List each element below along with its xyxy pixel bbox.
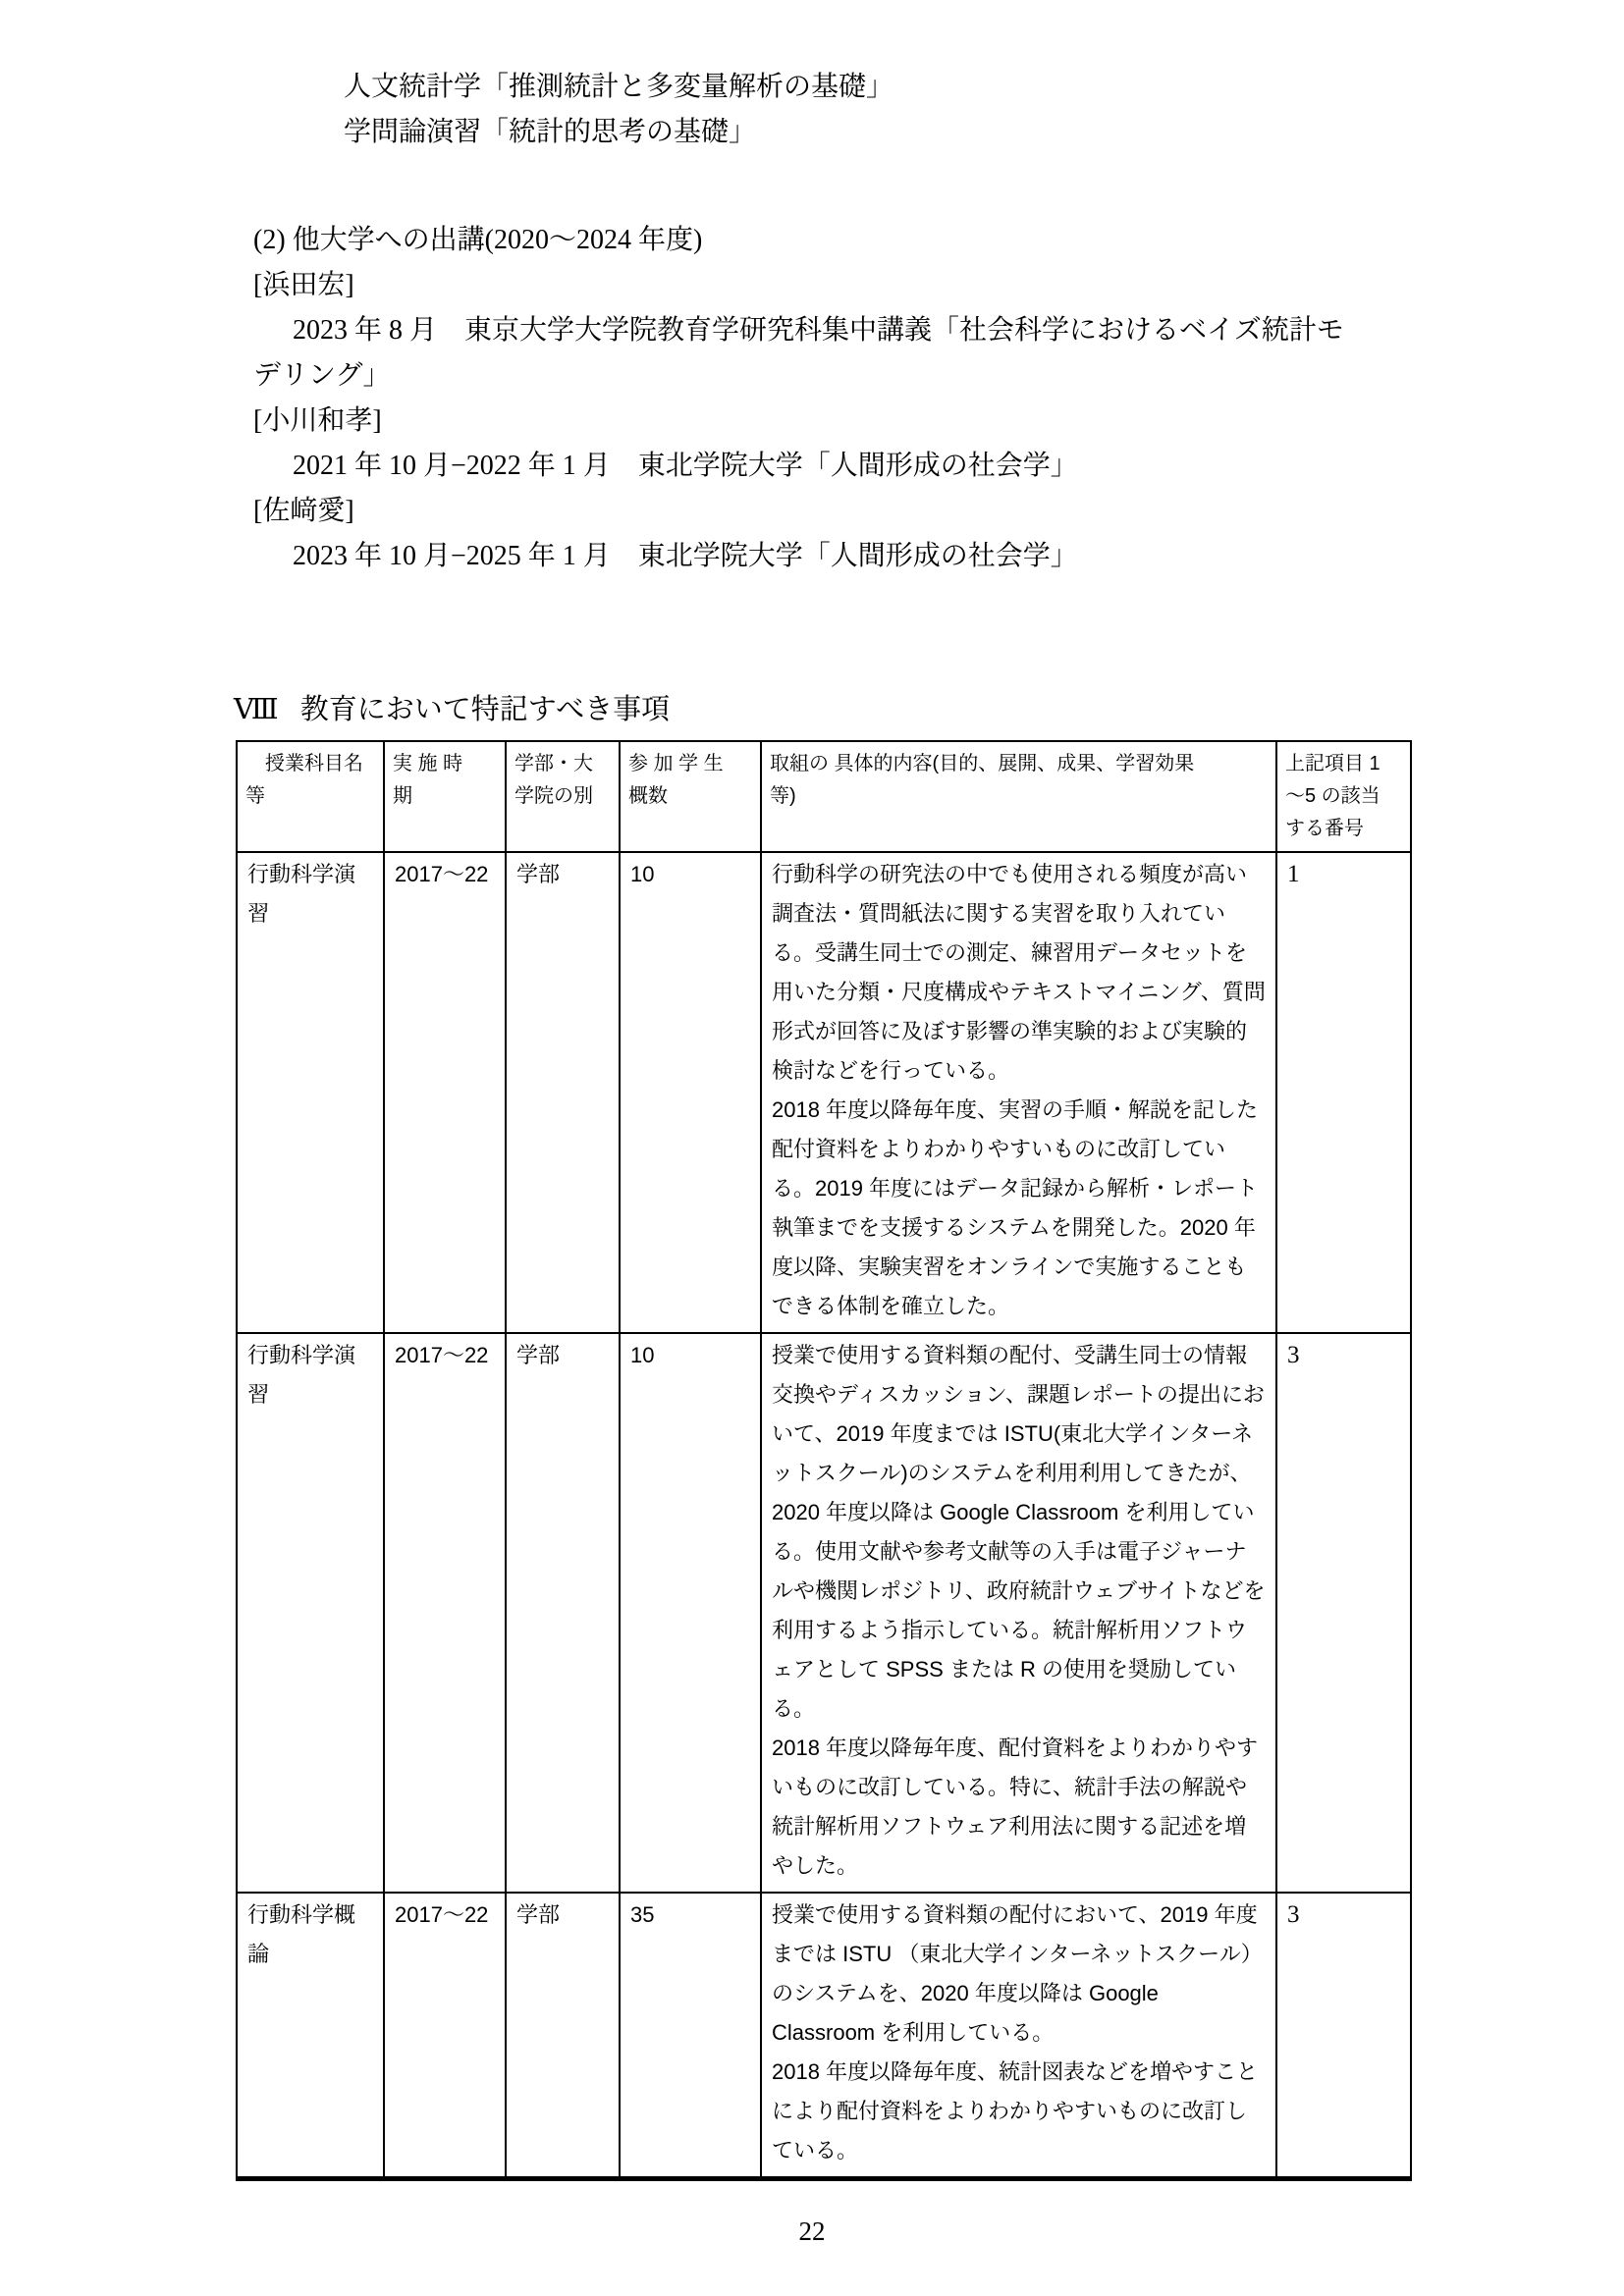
cell-period: 2017〜22	[384, 1333, 506, 1893]
section-heading: Ⅷ教育において特記すべき事項	[234, 689, 1624, 730]
cell-item-number: 1	[1276, 852, 1411, 1333]
lecturer-name-1: [浜田宏]	[253, 263, 1624, 308]
col-header-subject: 授業科目名 等	[237, 741, 384, 852]
table-row: 行動科学演習 2017〜22 学部 10 授業で使用する資料類の配付、受講生同士…	[237, 1333, 1411, 1893]
table-header-row: 授業科目名 等 実 施 時 期 学部・大 学院の別 参 加 学 生 概数 取組の…	[237, 741, 1411, 852]
intro-section: 人文統計学「推測統計と多変量解析の基礎」 学問論演習「統計的思考の基礎」 (2)…	[253, 65, 1624, 579]
lecturer-name-2: [小川和孝]	[253, 399, 1624, 444]
lecturer-name-3: [佐﨑愛]	[253, 489, 1624, 534]
lecture-entry-1-continuation: デリング」	[253, 353, 1624, 399]
cell-item-number: 3	[1276, 1333, 1411, 1893]
col-header-students: 参 加 学 生 概数	[620, 741, 761, 852]
cell-item-number: 3	[1276, 1893, 1411, 2179]
cell-period: 2017〜22	[384, 1893, 506, 2179]
col-header-level: 学部・大 学院の別	[506, 741, 620, 852]
cell-students: 35	[620, 1893, 761, 2179]
subsection-heading: (2) 他大学への出講(2020〜2024 年度)	[253, 218, 1624, 263]
content-paragraph: 授業で使用する資料類の配付において、2019 年度までは ISTU （東北大学イ…	[772, 1896, 1266, 2053]
cell-subject: 行動科学概論	[237, 1893, 384, 2179]
cell-level: 学部	[506, 1333, 620, 1893]
content-paragraph: 行動科学の研究法の中でも使用される頻度が高い調査法・質問紙法に関する実習を取り入…	[772, 855, 1266, 1091]
content-paragraph: 2018 年度以降毎年度、統計図表などを増やすことにより配付資料をよりわかりやす…	[772, 2053, 1266, 2170]
lecture-entry-2: 2021 年 10 月−2022 年 1 月 東北学院大学「人間形成の社会学」	[293, 444, 1624, 489]
lecture-entry-1: 2023 年 8 月 東京大学大学院教育学研究科集中講義「社会科学におけるベイズ…	[293, 308, 1624, 353]
cell-period: 2017〜22	[384, 852, 506, 1333]
intro-line-course-2: 学問論演習「統計的思考の基礎」	[344, 110, 1624, 155]
table-row: 行動科学演習 2017〜22 学部 10 行動科学の研究法の中でも使用される頻度…	[237, 852, 1411, 1333]
section-title-text: 教育において特記すべき事項	[279, 694, 670, 725]
page-number: 22	[0, 2216, 1624, 2247]
content-paragraph: 2018 年度以降毎年度、配付資料をよりわかりやすいものに改訂している。特に、統…	[772, 1729, 1266, 1886]
section-numeral: Ⅷ	[234, 694, 279, 725]
cell-students: 10	[620, 852, 761, 1333]
intro-line-course-1: 人文統計学「推測統計と多変量解析の基礎」	[344, 65, 1624, 110]
cell-content: 授業で使用する資料類の配付において、2019 年度までは ISTU （東北大学イ…	[761, 1893, 1276, 2179]
document-page: 人文統計学「推測統計と多変量解析の基礎」 学問論演習「統計的思考の基礎」 (2)…	[0, 0, 1624, 2296]
content-paragraph: 2018 年度以降毎年度、実習の手順・解説を記した配付資料をよりわかりやすいもの…	[772, 1091, 1266, 1326]
cell-students: 10	[620, 1333, 761, 1893]
cell-subject: 行動科学演習	[237, 1333, 384, 1893]
cell-subject: 行動科学演習	[237, 852, 384, 1333]
lecture-entry-3: 2023 年 10 月−2025 年 1 月 東北学院大学「人間形成の社会学」	[293, 534, 1624, 579]
cell-level: 学部	[506, 852, 620, 1333]
content-paragraph: 授業で使用する資料類の配付、受講生同士の情報交換やディスカッション、課題レポート…	[772, 1336, 1266, 1729]
education-table: 授業科目名 等 実 施 時 期 学部・大 学院の別 参 加 学 生 概数 取組の…	[236, 740, 1412, 2181]
cell-level: 学部	[506, 1893, 620, 2179]
col-header-content: 取組の 具体的内容(目的、展開、成果、学習効果 等)	[761, 741, 1276, 852]
col-header-period: 実 施 時 期	[384, 741, 506, 852]
col-header-item-number: 上記項目 1 〜5 の該当 する番号	[1276, 741, 1411, 852]
cell-content: 授業で使用する資料類の配付、受講生同士の情報交換やディスカッション、課題レポート…	[761, 1333, 1276, 1893]
cell-content: 行動科学の研究法の中でも使用される頻度が高い調査法・質問紙法に関する実習を取り入…	[761, 852, 1276, 1333]
table-row: 行動科学概論 2017〜22 学部 35 授業で使用する資料類の配付において、2…	[237, 1893, 1411, 2179]
